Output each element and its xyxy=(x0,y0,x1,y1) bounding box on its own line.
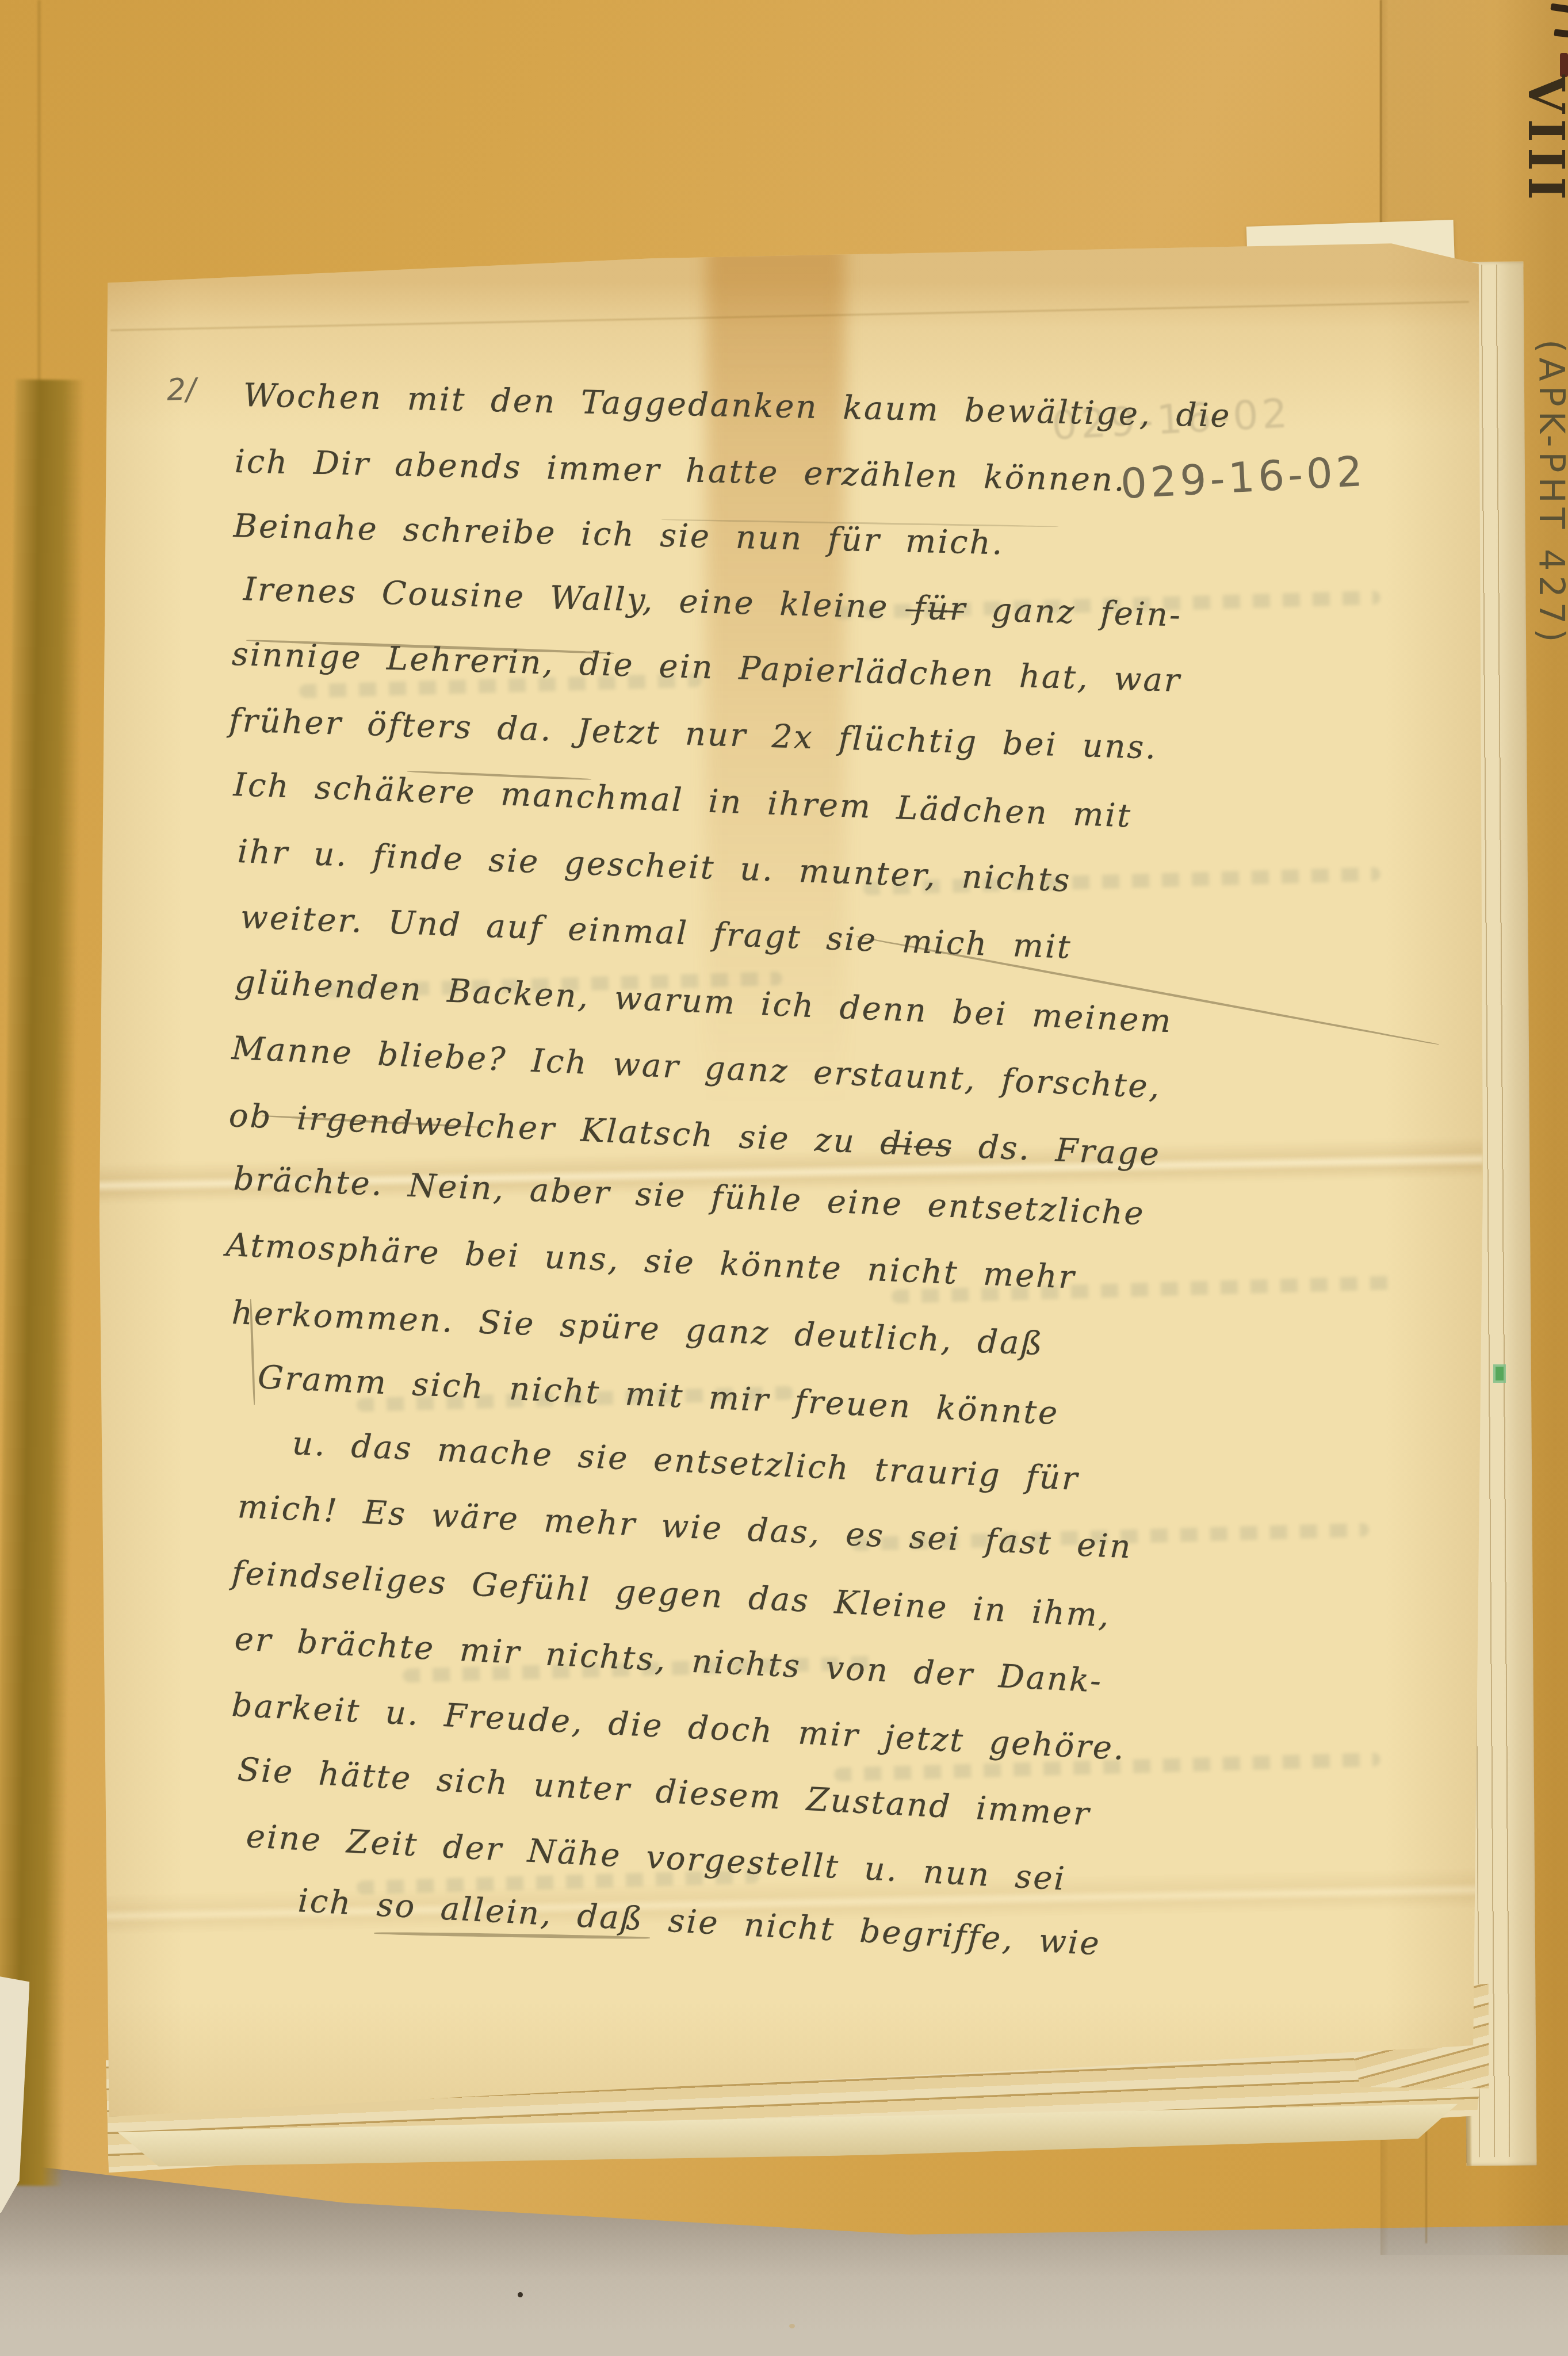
green-tab-marker xyxy=(1493,1364,1506,1383)
folder-volume-numeral: VIII xyxy=(1517,75,1568,205)
cut-off-red-mark xyxy=(1560,53,1568,77)
folder-code-label: (APK-PHT 427) xyxy=(1531,339,1568,647)
page-number: 2/ xyxy=(166,372,197,408)
debris-speck xyxy=(789,2324,795,2328)
folder-left-crease xyxy=(38,0,40,403)
handwritten-letter-page: 2/ 029-16-02 029-16-02 Wochen mit den Ta… xyxy=(97,242,1483,2117)
debris-speck xyxy=(518,2292,523,2297)
archive-photo-scene: VIII (APK-PHT 427) 2/ 029-16-02 029-16-0… xyxy=(0,0,1568,2356)
